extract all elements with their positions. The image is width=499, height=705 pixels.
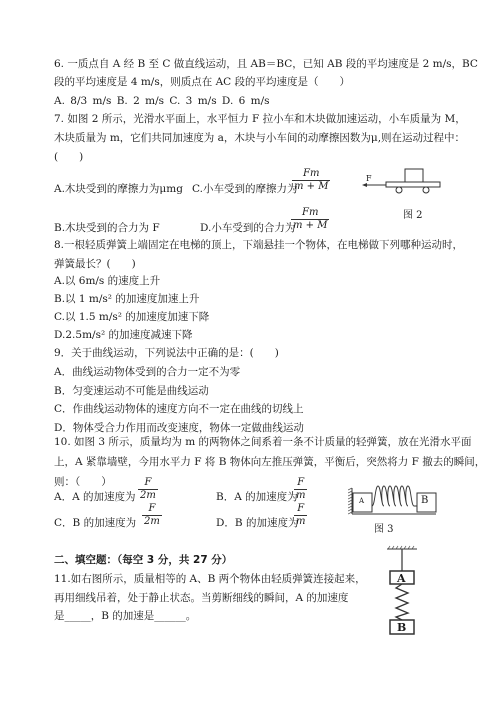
section-2-title: 二、填空题：（每空 3 分，共 27 分） bbox=[54, 553, 232, 567]
fraction-denominator: m + M bbox=[291, 220, 329, 232]
q7-line2: 木块质量为 m，它们共同加速度为 a，木块与小车间的动摩擦因数为μ,则在运动过程… bbox=[54, 131, 465, 145]
q10-option-d: D．B 的加速度为 bbox=[216, 516, 298, 530]
q10-option-b: B．A 的加速度为 bbox=[216, 490, 298, 504]
fraction-numerator: F bbox=[294, 477, 307, 490]
q10-option-a: A．A 的加速度为 bbox=[54, 490, 136, 504]
q9-option-c: C．作曲线运动物体的速度方向不一定在曲线的切线上 bbox=[54, 402, 304, 416]
fraction-numerator: F bbox=[142, 503, 162, 516]
q7-option-b: B.木块受到的合力为 F bbox=[54, 221, 160, 235]
figure-2-cart-diagram bbox=[360, 168, 460, 198]
q11-line3: 是_____，B 的加速是______。 bbox=[54, 609, 196, 623]
q8-option-a: A.以 6m/s 的速度上升 bbox=[54, 274, 160, 288]
fraction-numerator: Fm bbox=[291, 207, 329, 220]
fraction-denominator: m bbox=[294, 490, 307, 502]
q9-option-d: D．物体受合力作用而改变速度，物体一定做曲线运动 bbox=[54, 421, 304, 435]
q7-option-a: A.木块受到的摩擦力为μmg bbox=[54, 182, 183, 196]
fraction-denominator: 2m bbox=[142, 516, 162, 528]
q9-line1: 9．关于曲线运动，下列说法中正确的是：( ) bbox=[54, 346, 279, 360]
q9-option-a: A．曲线运动物体受到的合力一定不为零 bbox=[54, 365, 240, 379]
q10-option-c-fraction: F 2m bbox=[142, 503, 162, 528]
q8-line1: 8.一根轻质弹簧上端固定在电梯的顶上，下端悬挂一个物体，在电梯做下列哪种运动时， bbox=[54, 238, 463, 252]
q7-line1: 7. 如图 2 所示，光滑水平面上，水平恒力 F 拉小车和木块做加速运动，小车质… bbox=[54, 112, 466, 126]
q10-option-b-fraction: F m bbox=[294, 477, 307, 502]
q7-option-d-fraction: Fm m + M bbox=[291, 207, 329, 232]
q10-option-d-fraction: F m bbox=[294, 503, 307, 528]
q10-line1: 10. 如图 3 所示，质量均为 m 的两物体之间系着一条不计质量的轻弹簧，放在… bbox=[54, 435, 472, 449]
figure-3-caption: 图 3 bbox=[374, 520, 394, 535]
q8-line2: 弹簧最长？( ) bbox=[54, 257, 136, 271]
q11-line1: 11.如右图所示，质量相等的 A、B 两个物体由轻质弹簧连接起来， bbox=[54, 572, 366, 586]
q7-option-d: D.小车受到的合力为 bbox=[200, 221, 295, 235]
q7-line3: ( ) bbox=[54, 150, 83, 164]
fraction-denominator: 2m bbox=[138, 490, 158, 502]
q8-option-c: C.以 1.5 m/s² 的加速度加速下降 bbox=[54, 310, 209, 324]
fraction-numerator: Fm bbox=[292, 168, 330, 181]
fraction-numerator: F bbox=[294, 503, 307, 516]
figure-3-block-a-label: A bbox=[359, 497, 364, 505]
fraction-numerator: F bbox=[138, 477, 158, 490]
figure-3-block-b-label: B bbox=[421, 495, 428, 506]
fraction-denominator: m bbox=[294, 516, 307, 528]
q10-line3: 则：（ ） bbox=[54, 475, 112, 489]
q6-line1: 6. 一质点自 A 经 B 至 C 做直线运动，且 AB＝BC，已知 AB 段的… bbox=[54, 57, 478, 71]
fraction-denominator: m + M bbox=[292, 181, 330, 193]
q6-line2: 段的平均速度是 4 m/s，则质点在 AC 段的平均速度是（ ） bbox=[54, 75, 350, 89]
q11-line2: 再用细线吊着，处于静止状态。当剪断细线的瞬间，A 的加速度 bbox=[54, 591, 348, 605]
figure-hanging-block-b-label: B bbox=[397, 621, 406, 634]
figure-2-force-label: F bbox=[366, 174, 372, 183]
q7-option-c-fraction: Fm m + M bbox=[292, 168, 330, 193]
q10-option-a-fraction: F 2m bbox=[138, 477, 158, 502]
q10-option-c: C．B 的加速度为 bbox=[54, 516, 136, 530]
figure-2-caption: 图 2 bbox=[403, 206, 423, 221]
q9-option-b: B．匀变速运动不可能是曲线运动 bbox=[54, 384, 209, 398]
figure-hanging-block-a-label: A bbox=[397, 572, 406, 585]
q8-option-d: D.2.5m/s² 的加速度减速下降 bbox=[54, 328, 193, 342]
q6-options: A. 8/3 m/s B. 2 m/s C. 3 m/s D. 6 m/s bbox=[54, 94, 270, 108]
q7-option-c: C.小车受到的摩擦力为 bbox=[192, 182, 298, 196]
q8-option-b: B.以 1 m/s² 的加速度加速上升 bbox=[54, 292, 199, 306]
q10-line2: 上，A 紧靠墙壁，今用水平力 F 将 B 物体向左推压弹簧，平衡后，突然将力 F… bbox=[54, 455, 485, 469]
